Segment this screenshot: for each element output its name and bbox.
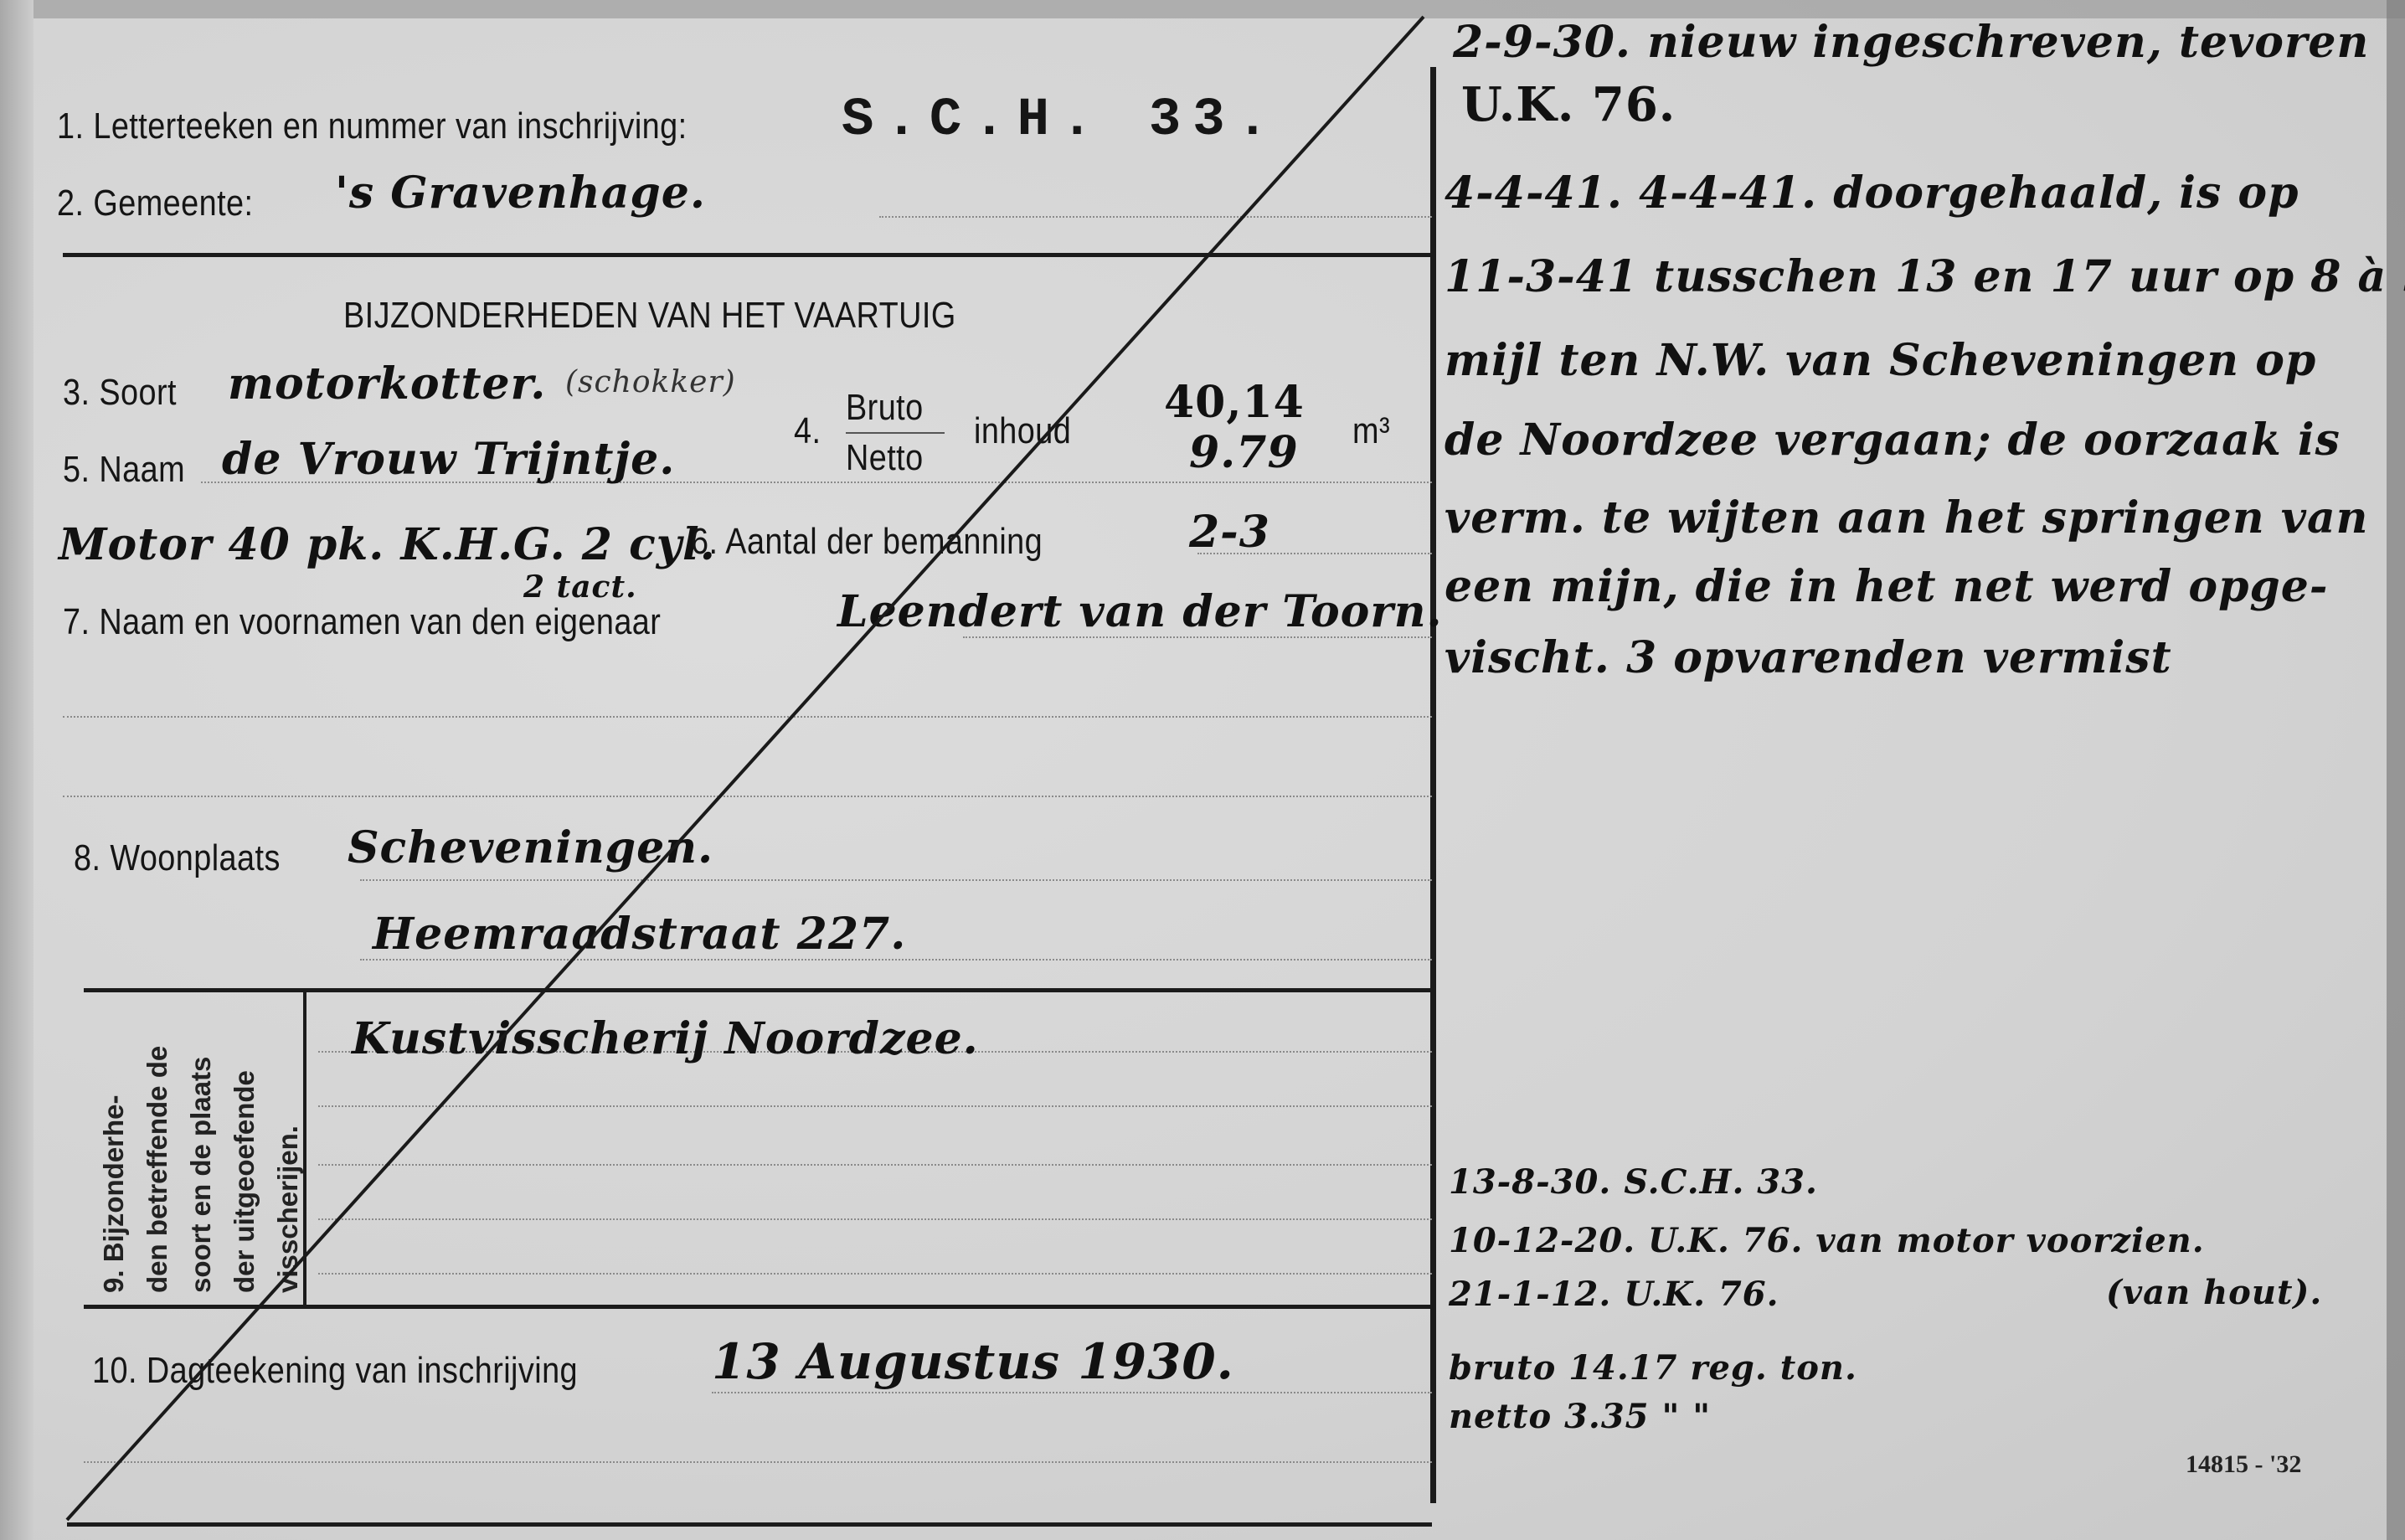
field-9-value: Kustvisscherij Noordzee.: [352, 1013, 979, 1064]
field-6-value: 2-3: [1189, 507, 1270, 558]
section-heading: BIJZONDERHEDEN VAN HET VAARTUIG: [343, 295, 956, 337]
field-9-label-line: 9. Bijzonderhe-: [92, 1002, 136, 1293]
note-loss-line: verm. te wijten aan het springen van: [1445, 492, 2368, 543]
card-top-edge: [0, 0, 2405, 18]
field-4-number: 4.: [794, 410, 821, 452]
field-3-note: (schokker): [565, 365, 736, 399]
registration-card: 1. Letterteeken en nummer van inschrijvi…: [0, 0, 2405, 1540]
note-loss-line: vischt. 3 opvarenden vermist: [1445, 632, 2172, 683]
dotted-line: [318, 1105, 1432, 1107]
note-loss-line: mijl ten N.W. van Scheveningen op: [1445, 335, 2316, 386]
dotted-line: [318, 1273, 1432, 1275]
note-registry-line: 10-12-20. U.K. 76. van motor voorzien.: [1449, 1221, 2205, 1260]
field-7-label: 7. Naam en voornamen van den eigenaar: [63, 601, 661, 643]
note-top-line: 2-9-30. nieuw ingeschreven, tevoren: [1453, 17, 2369, 68]
field-9-label-line: der uitgeoefende: [223, 1002, 266, 1293]
field-8-value: Scheveningen.: [348, 822, 713, 873]
dotted-line: [879, 216, 1432, 218]
field-1-label: 1. Letterteeken en nummer van inschrijvi…: [57, 106, 688, 147]
field-3-value: motorkotter.: [228, 358, 546, 409]
note-loss-line: een mijn, die in het net werd opge-: [1445, 561, 2328, 612]
field-2-label: 2. Gemeente:: [57, 183, 253, 224]
field-8-address: Heemraadstraat 227.: [373, 909, 906, 960]
note-tonnage-line: netto 3.35 " ": [1449, 1397, 1711, 1436]
section-9-bottom-rule: [84, 1305, 1432, 1309]
field-9-label-line: soort en de plaats: [179, 1002, 223, 1293]
field-6-label: 6. Aantal der bemanning: [691, 521, 1043, 563]
bottom-rule: [67, 1522, 1432, 1527]
dotted-line: [360, 879, 1432, 881]
column-divider: [1430, 67, 1436, 1503]
field-4-bruto-label: Bruto: [846, 387, 924, 429]
note-loss-line: de Noordzee vergaan; de oorzaak is: [1445, 415, 2341, 466]
field-4-netto-label: Netto: [846, 437, 924, 479]
field-5-label: 5. Naam: [63, 449, 185, 491]
section-9-top-rule: [84, 988, 1432, 992]
field-7-value: Leendert van der Toorn.: [837, 586, 1443, 637]
dotted-line: [712, 1392, 1432, 1393]
dotted-line: [318, 1164, 1432, 1166]
field-1-value: S.C.H. 33.: [842, 90, 1280, 151]
field-4-bruto-value: 40,14: [1164, 377, 1305, 428]
dotted-line: [63, 796, 1432, 797]
field-2-value: 's Gravenhage.: [335, 167, 706, 219]
card-left-edge: [0, 0, 33, 1540]
note-registry-line: 13-8-30. S.C.H. 33.: [1449, 1162, 1818, 1202]
field-10-label: 10. Dagteekening van inschrijving: [92, 1350, 578, 1392]
cancellation-stroke: [0, 0, 2405, 1540]
note-registry-aside: (van hout).: [2106, 1273, 2322, 1312]
engine-note: Motor 40 pk. K.H.G. 2 cyl.: [59, 519, 716, 570]
field-3-label: 3. Soort: [63, 372, 177, 414]
dotted-line: [84, 1461, 1432, 1463]
field-4-inhoud-label: inhoud: [974, 410, 1071, 452]
note-tonnage-line: bruto 14.17 reg. ton.: [1449, 1348, 1857, 1388]
dotted-line: [318, 1218, 1432, 1220]
fraction-bar: [846, 432, 945, 434]
field-5-value: de Vrouw Trijntje.: [222, 434, 675, 485]
note-top-line: U.K. 76.: [1461, 77, 1676, 132]
dotted-line: [63, 716, 1432, 718]
engine-note-2: 2 tact.: [523, 569, 637, 605]
note-loss-line: 4-4-41. 4-4-41. doorgehaald, is op: [1445, 167, 2299, 219]
field-9-label-line: visscherijen.: [266, 1002, 310, 1293]
note-loss-line: 11-3-41 tusschen 13 en 17 uur op 8 à 9: [1445, 251, 2405, 302]
field-9-label-line: den betreffende de: [136, 1002, 179, 1293]
note-registry-line: 21-1-12. U.K. 76.: [1449, 1275, 1779, 1314]
print-code: 14815 - '32: [2186, 1450, 2301, 1479]
header-divider: [63, 253, 1432, 257]
field-8-label: 8. Woonplaats: [74, 837, 281, 879]
field-4-unit: m³: [1352, 410, 1390, 452]
field-10-value: 13 Augustus 1930.: [712, 1333, 1234, 1390]
card-right-edge: [2387, 0, 2405, 1540]
field-4-netto-value: 9.79: [1189, 427, 1299, 478]
field-9-label-block: 9. Bijzonderhe- den betreffende de soort…: [84, 997, 301, 1298]
